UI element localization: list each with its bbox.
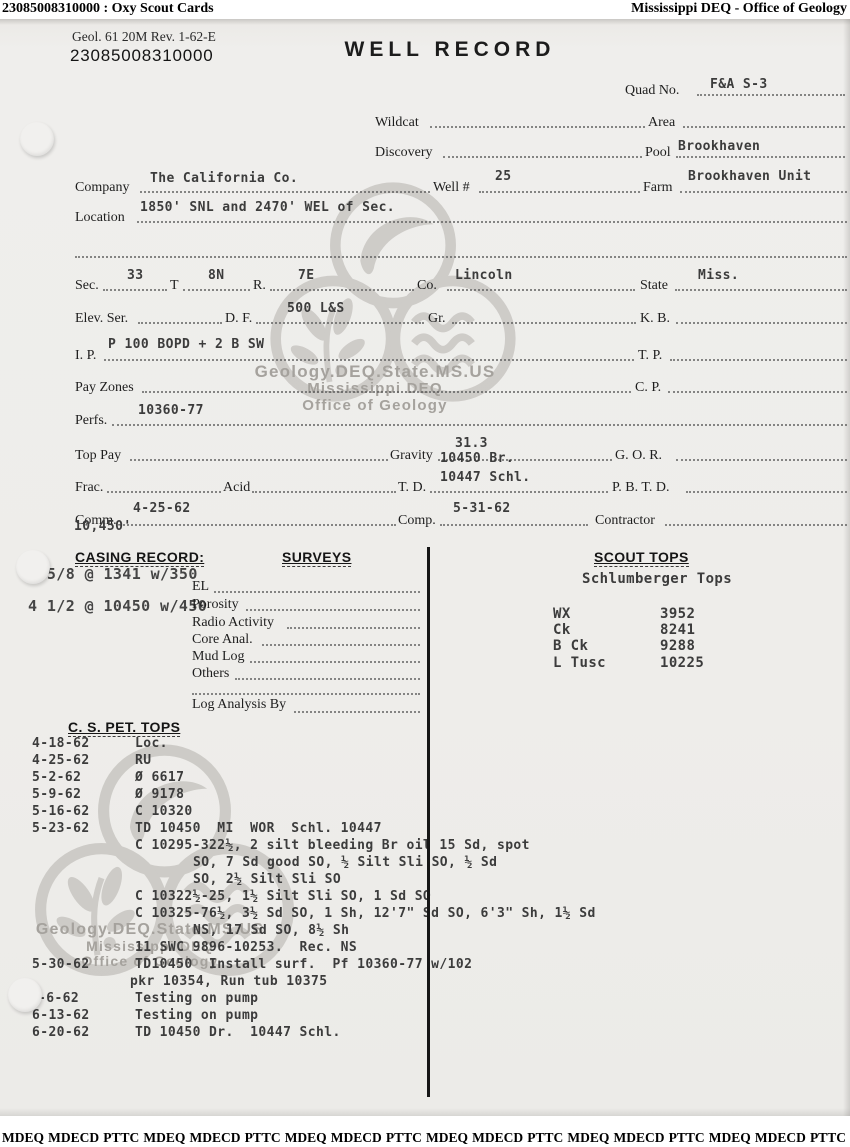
viewer-title-left: 23085008310000 : Oxy Scout Cards bbox=[2, 1, 214, 17]
entry-text: SO, 2½ Silt Sli SO bbox=[193, 872, 341, 887]
dotted-line bbox=[120, 524, 396, 526]
footer-item: MDECD bbox=[331, 1130, 382, 1146]
field-pbtd-label: P. B. T. D. bbox=[612, 480, 669, 496]
scout-top-name: B Ck bbox=[553, 638, 588, 654]
field-county-value: Lincoln bbox=[455, 268, 513, 283]
field-td-label: T. D. bbox=[398, 480, 426, 496]
entry-text: NS, 17 Sd SO, 8½ Sh bbox=[193, 923, 349, 938]
field-comm-note: 10,450' bbox=[74, 519, 132, 534]
dotted-line bbox=[668, 391, 847, 393]
footer-item: PTTC bbox=[669, 1130, 705, 1146]
scout-top-depth: 10225 bbox=[660, 655, 704, 671]
field-comp-label: Comp. bbox=[398, 513, 436, 529]
field-df-value: 500 L&S bbox=[287, 301, 345, 316]
footer-agency-bar: MDEQ MDECD PTTC MDEQ MDECD PTTC MDEQ MDE… bbox=[2, 1130, 846, 1146]
scout-tops-subtitle: Schlumberger Tops bbox=[582, 571, 732, 587]
footer-item: MDECD bbox=[472, 1130, 523, 1146]
dotted-line bbox=[686, 491, 847, 493]
field-df-label: D. F. bbox=[225, 311, 252, 327]
entry-text: C 10320 bbox=[135, 804, 193, 819]
entry-date: 4-25-62 bbox=[32, 753, 90, 768]
dotted-line bbox=[142, 391, 631, 393]
scout-top-name: WX bbox=[553, 606, 571, 622]
footer-item: MDEQ bbox=[143, 1130, 185, 1146]
entry-text: C 10295-322½, 2 silt bleeding Br oil 15 … bbox=[135, 838, 530, 853]
field-gor-label: G. O. R. bbox=[615, 448, 662, 464]
dotted-line bbox=[112, 424, 847, 426]
scout-top-name: Ck bbox=[553, 622, 571, 638]
entry-text: pkr 10354, Run tub 10375 bbox=[130, 974, 327, 989]
log-entry-row: SO, 7 Sd good SO, ½ Silt Sli SO, ½ Sd bbox=[0, 855, 850, 872]
log-entry-row: 6-13-62Testing on pump bbox=[0, 1008, 850, 1025]
footer-item: PTTC bbox=[245, 1130, 281, 1146]
footer-item: PTTC bbox=[810, 1130, 846, 1146]
field-cp-label: C. P. bbox=[635, 380, 661, 396]
log-entry-row: C 10325-76½, 3½ Sd SO, 1 Sh, 12'7" Sd SO… bbox=[0, 906, 850, 923]
dotted-line bbox=[675, 289, 847, 291]
field-location-label: Location bbox=[75, 210, 125, 226]
field-township-label: T bbox=[170, 278, 179, 294]
dotted-line bbox=[430, 126, 645, 128]
field-farm-value: Brookhaven Unit bbox=[688, 169, 811, 184]
field-quad-no-label: Quad No. bbox=[625, 83, 679, 99]
field-pay-zones-label: Pay Zones bbox=[75, 380, 134, 396]
field-ip-label: I. P. bbox=[75, 348, 96, 364]
survey-item-label: EL bbox=[192, 579, 209, 595]
watermark-text-line3: Office of Geology bbox=[195, 397, 555, 414]
watermark-text-line1: Geology.DEQ.State.MS.US bbox=[195, 362, 555, 382]
footer-item: MDEQ bbox=[709, 1130, 751, 1146]
dotted-line bbox=[670, 359, 847, 361]
entry-date: 5-23-62 bbox=[32, 821, 90, 836]
dotted-line bbox=[443, 156, 642, 158]
log-entry-row: 5-16-62C 10320 bbox=[0, 804, 850, 821]
field-quad-no-value: F&A S-3 bbox=[710, 77, 768, 92]
watermark-text-line2: Mississippi DEQ bbox=[195, 380, 555, 397]
field-frac-label: Frac. bbox=[75, 480, 103, 496]
footer-item: PTTC bbox=[103, 1130, 139, 1146]
entry-text: SO, 7 Sd good SO, ½ Silt Sli SO, ½ Sd bbox=[193, 855, 497, 870]
entry-text: C 10322½-25, 1½ Silt Sli SO, 1 Sd SO bbox=[135, 889, 431, 904]
dotted-line bbox=[107, 491, 221, 493]
field-company-label: Company bbox=[75, 180, 129, 196]
dotted-line bbox=[440, 524, 588, 526]
dotted-line bbox=[192, 693, 420, 695]
field-gravity-label: Gravity bbox=[390, 448, 433, 464]
entry-date: 6-13-62 bbox=[32, 1008, 90, 1023]
surveys-title: SURVEYS bbox=[282, 549, 351, 567]
log-entry-row: 6-20-62TD 10450 Dr. 10447 Schl. bbox=[0, 1025, 850, 1042]
entry-text: C 10325-76½, 3½ Sd SO, 1 Sh, 12'7" Sd SO… bbox=[135, 906, 596, 921]
dotted-line bbox=[104, 359, 634, 361]
entry-text: RU bbox=[135, 753, 151, 768]
field-state-value: Miss. bbox=[698, 268, 739, 283]
log-entry-row: NS, 17 Sd SO, 8½ Sh bbox=[0, 923, 850, 940]
dotted-line bbox=[287, 627, 420, 629]
dotted-line bbox=[250, 661, 420, 663]
entry-text: 11 SWC 9896-10253. Rec. NS bbox=[135, 940, 357, 955]
entry-text: Loc. bbox=[135, 736, 168, 751]
dotted-line bbox=[665, 524, 847, 526]
field-perfs-label: Perfs. bbox=[75, 413, 107, 429]
dotted-line bbox=[697, 94, 845, 96]
entry-text: Testing on pump bbox=[135, 1008, 258, 1023]
field-county-label: Co. bbox=[417, 278, 437, 294]
log-entry-row: 5-9-62Ø 9178 bbox=[0, 787, 850, 804]
field-acid-label: Acid bbox=[223, 480, 250, 496]
scout-top-name: L Tusc bbox=[553, 655, 606, 671]
dotted-line bbox=[680, 191, 847, 193]
field-township-value: 8N bbox=[208, 268, 224, 283]
log-analysis-by-label: Log Analysis By bbox=[192, 697, 286, 713]
field-top-pay-label: Top Pay bbox=[75, 448, 121, 464]
dotted-line bbox=[262, 644, 420, 646]
log-entry-row: 5-23-62TD 10450 MI WOR Schl. 10447 bbox=[0, 821, 850, 838]
log-entry-row: C 10295-322½, 2 silt bleeding Br oil 15 … bbox=[0, 838, 850, 855]
entry-date: 4-18-62 bbox=[32, 736, 90, 751]
scout-top-depth: 9288 bbox=[660, 638, 695, 654]
field-well-no-label: Well # bbox=[433, 180, 470, 196]
field-comm-value: 4-25-62 bbox=[133, 501, 191, 516]
log-entry-row: 4-25-62RU bbox=[0, 753, 850, 770]
dotted-line bbox=[235, 678, 420, 680]
section-divider-line bbox=[427, 547, 430, 1097]
dotted-line bbox=[452, 322, 636, 324]
field-kb-label: K. B. bbox=[640, 311, 670, 327]
log-entry-row: pkr 10354, Run tub 10375 bbox=[0, 974, 850, 991]
dotted-line bbox=[676, 156, 845, 158]
survey-item-label: Porosity bbox=[192, 597, 239, 613]
dotted-line bbox=[676, 459, 847, 461]
dotted-line bbox=[140, 191, 430, 193]
casing-entry: 4 1/2 @ 10450 w/450 bbox=[28, 597, 207, 615]
field-company-value: The California Co. bbox=[150, 171, 298, 186]
form-code: Geol. 61 20M Rev. 1-62-E bbox=[72, 29, 216, 45]
field-elev-ser-label: Elev. Ser. bbox=[75, 311, 128, 327]
survey-item-label: Radio Activity bbox=[192, 615, 274, 631]
entry-text: Ø 6617 bbox=[135, 770, 184, 785]
footer-item: MDEQ bbox=[285, 1130, 327, 1146]
survey-item-label: Mud Log bbox=[192, 649, 245, 665]
dotted-line bbox=[683, 126, 845, 128]
entry-text: Ø 9178 bbox=[135, 787, 184, 802]
footer-item: MDECD bbox=[755, 1130, 806, 1146]
footer-item: PTTC bbox=[386, 1130, 422, 1146]
field-sec-value: 33 bbox=[127, 268, 143, 283]
entry-date: 5-2-62 bbox=[32, 770, 81, 785]
log-entry-row: -6-62Testing on pump bbox=[0, 991, 850, 1008]
field-gravity-value: 31.3 bbox=[455, 436, 488, 451]
dotted-line bbox=[479, 191, 640, 193]
survey-item-label: Others bbox=[192, 666, 229, 682]
dotted-line bbox=[183, 289, 250, 291]
field-area-label: Area bbox=[648, 115, 675, 131]
log-entry-row: 5-2-62Ø 6617 bbox=[0, 770, 850, 787]
entry-date: 6-20-62 bbox=[32, 1025, 90, 1040]
field-pool-value: Brookhaven bbox=[678, 139, 760, 154]
footer-item: MDEQ bbox=[426, 1130, 468, 1146]
dotted-line bbox=[447, 289, 635, 291]
page-title: WELL RECORD bbox=[300, 38, 600, 62]
cs-pet-tops-title: C. S. PET. TOPS bbox=[68, 719, 180, 737]
dotted-line bbox=[137, 221, 847, 223]
field-ip-value: P 100 BOPD + 2 B SW bbox=[108, 337, 264, 352]
field-perfs-value: 10360-77 bbox=[138, 403, 204, 418]
log-entry-row: SO, 2½ Silt Sli SO bbox=[0, 872, 850, 889]
entry-text: TD 10450 Dr. 10447 Schl. bbox=[135, 1025, 341, 1040]
field-td-value: 10447 Schl. bbox=[440, 470, 531, 485]
footer-item: MDECD bbox=[48, 1130, 99, 1146]
field-location-value: 1850' SNL and 2470' WEL of Sec. bbox=[140, 200, 395, 215]
field-pool-label: Pool bbox=[645, 145, 671, 161]
scout-tops-title: SCOUT TOPS bbox=[594, 549, 689, 567]
dotted-line bbox=[252, 491, 396, 493]
entry-text: TD10450 Install surf. Pf 10360-77 w/102 bbox=[135, 957, 472, 972]
dotted-line bbox=[138, 322, 222, 324]
log-entry-row: 4-18-62Loc. bbox=[0, 736, 850, 753]
footer-item: PTTC bbox=[527, 1130, 563, 1146]
entry-date: 5-30-62 bbox=[32, 957, 90, 972]
hole-punch bbox=[8, 978, 42, 1012]
dotted-line bbox=[75, 256, 847, 258]
dotted-line bbox=[294, 711, 420, 713]
field-well-no-value: 25 bbox=[495, 169, 511, 184]
log-entry-row: C 10322½-25, 1½ Silt Sli SO, 1 Sd SO bbox=[0, 889, 850, 906]
scanned-well-record-page: 23085008310000 : Oxy Scout Cards Mississ… bbox=[0, 0, 850, 1147]
hole-punch bbox=[20, 122, 54, 156]
api-well-number: 23085008310000 bbox=[70, 46, 214, 66]
entry-date: 5-9-62 bbox=[32, 787, 81, 802]
footer-item: MDECD bbox=[189, 1130, 240, 1146]
log-entry-row: 5-30-62TD10450 Install surf. Pf 10360-77… bbox=[0, 957, 850, 974]
dotted-line bbox=[430, 491, 608, 493]
dotted-line bbox=[246, 609, 420, 611]
field-gravity-note: 10450 Br. bbox=[440, 451, 514, 466]
entry-date: 5-16-62 bbox=[32, 804, 90, 819]
entry-text: Testing on pump bbox=[135, 991, 258, 1006]
scout-top-depth: 3952 bbox=[660, 606, 695, 622]
footer-item: MDECD bbox=[613, 1130, 664, 1146]
field-discovery-label: Discovery bbox=[375, 145, 433, 161]
hole-punch bbox=[16, 550, 50, 584]
field-contractor-label: Contractor bbox=[595, 513, 655, 529]
dotted-line bbox=[270, 289, 414, 291]
field-farm-label: Farm bbox=[643, 180, 673, 196]
casing-entry: 8 5/8 @ 1341 w/350 bbox=[28, 565, 198, 583]
field-wildcat-label: Wildcat bbox=[375, 115, 419, 131]
viewer-title-right: Mississippi DEQ - Office of Geology bbox=[631, 1, 847, 17]
field-comp-value: 5-31-62 bbox=[453, 501, 511, 516]
footer-item: MDEQ bbox=[2, 1130, 44, 1146]
entry-date: -6-62 bbox=[38, 991, 79, 1006]
dotted-line bbox=[256, 322, 424, 324]
entry-text: TD 10450 MI WOR Schl. 10447 bbox=[135, 821, 382, 836]
field-tp-label: T. P. bbox=[638, 348, 662, 364]
dotted-line bbox=[130, 459, 388, 461]
field-gr-label: Gr. bbox=[428, 311, 446, 327]
dotted-line bbox=[103, 289, 167, 291]
dotted-line bbox=[214, 591, 420, 593]
footer-item: MDEQ bbox=[567, 1130, 609, 1146]
field-range-value: 7E bbox=[298, 268, 314, 283]
dotted-line bbox=[676, 322, 847, 324]
log-entry-row: 11 SWC 9896-10253. Rec. NS bbox=[0, 940, 850, 957]
field-state-label: State bbox=[640, 278, 668, 294]
scout-top-depth: 8241 bbox=[660, 622, 695, 638]
field-sec-label: Sec. bbox=[75, 278, 99, 294]
field-range-label: R. bbox=[253, 278, 266, 294]
survey-item-label: Core Anal. bbox=[192, 632, 253, 648]
